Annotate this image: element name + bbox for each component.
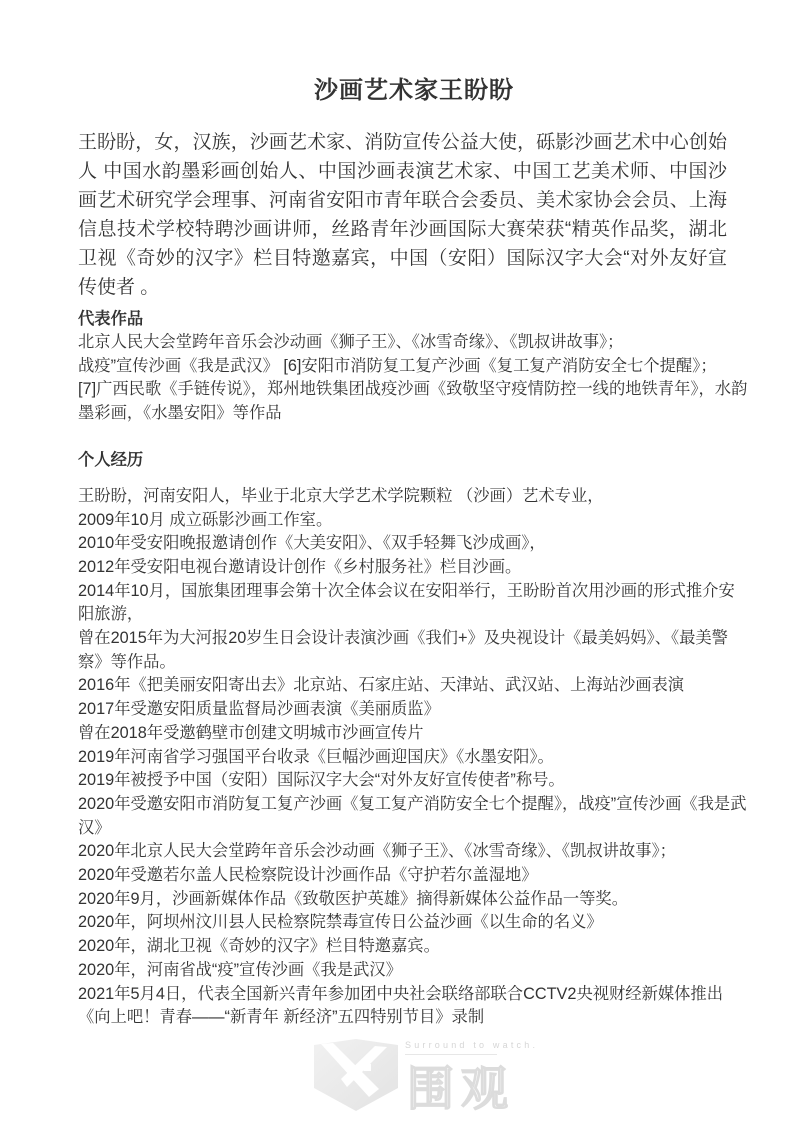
text-line: 曾在2018年受邀鹤壁市创建文明城市沙画宣传片 [78, 722, 750, 746]
page-title: 沙画艺术家王盼盼 [78, 74, 750, 107]
text-line: 2020年，阿坝州汶川县人民检察院禁毒宣传日公益沙画《以生命的名义》 [78, 911, 750, 935]
experience-section: 王盼盼，河南安阳人，毕业于北京大学艺术学院颗粒 （沙画）艺术专业， 2009年1… [78, 485, 750, 1030]
text-line: 2009年10月 成立砾影沙画工作室。 [78, 509, 750, 533]
watermark-tagline: Surround to watch. [405, 1040, 497, 1055]
text-line: 2020年受邀若尔盖人民检察院设计沙画作品《守护若尔盖湿地》 [78, 864, 750, 888]
section-heading-experience: 个人经历 [78, 448, 750, 472]
watermark-text-block: Surround to watch. 围观 [405, 1038, 515, 1115]
text-line: 2020年北京人民大会堂跨年音乐会沙动画《狮子王》、《冰雪奇缘》、《凯叔讲故事》… [78, 840, 750, 864]
text-line: 战疫”宣传沙画《我是武汉》 [6]安阳市消防复工复产沙画《复工复产消防安全七个提… [78, 355, 750, 379]
document-page: 沙画艺术家王盼盼 王盼盼，女，汉族，沙画艺术家、消防宣传公益大使，砾影沙画艺术中… [0, 0, 800, 1115]
watermark: Surround to watch. 围观 [78, 1038, 750, 1115]
text-line: 2020年9月，沙画新媒体作品《致敬医护英雄》摘得新媒体公益作品一等奖。 [78, 888, 750, 912]
text-line: 2020年受邀安阳市消防复工复产沙画《复工复产消防安全七个提醒》，战疫”宣传沙画… [78, 793, 750, 840]
works-section: 北京人民大会堂跨年音乐会沙动画《狮子王》、《冰雪奇缘》、《凯叔讲故事》； 战疫”… [78, 331, 750, 426]
watermark-logo-characters: 围观 [405, 1057, 515, 1115]
text-line: 2020年，河南省战“疫”宣传沙画《我是武汉》 [78, 959, 750, 983]
text-line: 2019年河南省学习强国平台收录《巨幅沙画迎国庆》《水墨安阳》。 [78, 746, 750, 770]
text-line: 王盼盼，河南安阳人，毕业于北京大学艺术学院颗粒 （沙画）艺术专业， [78, 485, 750, 509]
text-line: 曾在2015年为大河报20岁生日会设计表演沙画《我们+》及央视设计《最美妈妈》、… [78, 627, 750, 674]
text-line: 2019年被授予中国（安阳）国际汉字大会“对外友好宣传使者”称号。 [78, 769, 750, 793]
text-line: 2017年受邀安阳质量监督局沙画表演《美丽质监》 [78, 698, 750, 722]
watermark-shield-icon [313, 1038, 399, 1112]
text-line: 北京人民大会堂跨年音乐会沙动画《狮子王》、《冰雪奇缘》、《凯叔讲故事》； [78, 331, 750, 355]
text-line: 2012年受安阳电视台邀请设计创作《乡村服务社》栏目沙画。 [78, 556, 750, 580]
text-line: 2021年5月4日，代表全国新兴青年参加团中央社会联络部联合CCTV2央视财经新… [78, 983, 750, 1030]
text-line: 2016年《把美丽安阳寄出去》北京站、石家庄站、天津站、武汉站、上海站沙画表演 [78, 674, 750, 698]
text-line: 2020年，湖北卫视《奇妙的汉字》栏目特邀嘉宾。 [78, 935, 750, 959]
text-line: 2014年10月，国旅集团理事会第十次全体会议在安阳举行，王盼盼首次用沙画的形式… [78, 580, 750, 627]
text-line: [7]广西民歌《手链传说》，郑州地铁集团战疫沙画《致敬坚守疫情防控一线的地铁青年… [78, 378, 750, 425]
section-heading-works: 代表作品 [78, 307, 750, 331]
text-line: 2010年受安阳晚报邀请创作《大美安阳》、《双手轻舞飞沙成画》， [78, 532, 750, 556]
watermark-logo-text: 围观 [407, 1062, 515, 1115]
intro-paragraph: 王盼盼，女，汉族，沙画艺术家、消防宣传公益大使，砾影沙画艺术中心创始人 中国水韵… [78, 128, 727, 302]
